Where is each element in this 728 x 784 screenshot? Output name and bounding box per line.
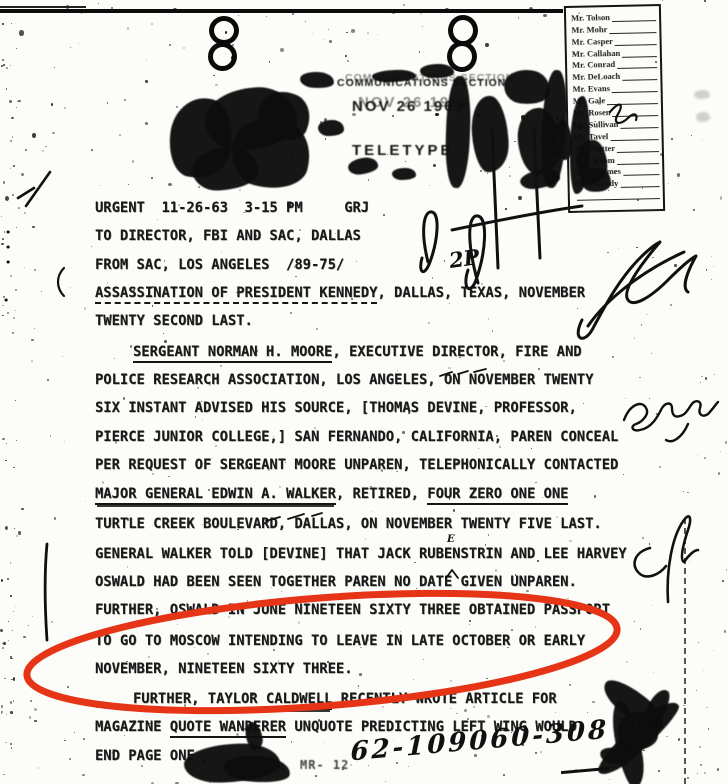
teletype-stamp: TELETYPE xyxy=(352,142,454,159)
routing-rule-line xyxy=(620,178,659,188)
teletype-line: TWENTY SECOND LAST. xyxy=(95,313,253,329)
underlined-text: MAJOR GENERAL EDWIN A. WALKER xyxy=(95,486,336,505)
teletype-line: FURTHER, OSWALD IN JUNE NINETEEN SIXTY T… xyxy=(95,602,610,618)
routing-rule-line xyxy=(617,155,659,165)
text: END PAGE ONE xyxy=(95,748,195,764)
routing-rule-line xyxy=(607,95,658,105)
right-margin-initials xyxy=(635,516,698,602)
handwritten-inserted-letter: E xyxy=(447,534,455,545)
teletype-line: TO DIRECTOR, FBI AND SAC, DALLAS xyxy=(95,228,361,244)
text: GENERAL WALKER TOLD [DEVINE] THAT JACK R… xyxy=(95,546,627,562)
ink-blot xyxy=(469,95,510,173)
margin-pen-line xyxy=(45,544,47,640)
ink-blot xyxy=(318,120,344,136)
teletype-line: POLICE RESEARCH ASSOCIATION, LOS ANGELES… xyxy=(95,372,593,388)
routing-name: Mr. Callahan xyxy=(572,47,621,58)
margin-dots xyxy=(6,232,8,300)
text: , DALLAS, TEXAS, NOVEMBER xyxy=(377,285,585,301)
ink-blot xyxy=(444,76,472,189)
text: , EXECUTIVE DIRECTOR, FIRE AND xyxy=(332,344,581,360)
routing-rule-line xyxy=(622,71,657,81)
text: , RETIRED, xyxy=(336,486,427,502)
underlined-text: SERGEANT NORMAN H. MOORE xyxy=(133,344,332,363)
text: TO GO TO MOSCOW INTENDING TO LEAVE IN LA… xyxy=(95,633,585,649)
routing-rule-line xyxy=(617,60,657,70)
underlined-text: TAYLOR CALDWELL xyxy=(208,691,333,710)
teletype-line: OSWALD HAD BEEN SEEN TOGETHER PAREN NO D… xyxy=(95,574,577,590)
text: MAGAZINE xyxy=(95,719,170,735)
routing-rule-line xyxy=(615,36,657,46)
routing-rule-line xyxy=(610,131,659,141)
ink-blot xyxy=(519,167,562,192)
routing-name: Mr. Casper xyxy=(571,36,612,47)
teletype-line: TO GO TO MOSCOW INTENDING TO LEAVE IN LA… xyxy=(95,633,585,649)
routing-rule-line xyxy=(577,190,660,201)
teletype-line: FURTHER, TAYLOR CALDWELL RECENTLY WROTE … xyxy=(133,691,557,707)
teletype-line: ASSASSINATION OF PRESIDENT KENNEDY, DALL… xyxy=(95,285,585,301)
punch-hole-icon xyxy=(209,16,239,45)
ink-blot xyxy=(392,168,416,180)
right-margin-signature-1 xyxy=(578,242,696,338)
text: NOVEMBER, NINETEEN SIXTY THREE. xyxy=(95,661,353,677)
text: SIX INSTANT ADVISED HIS SOURCE, [THOMAS … xyxy=(95,400,577,416)
underlined-text: ASSASSINATION OF PRESIDENT KENNEDY xyxy=(95,285,377,304)
teletype-line: GENERAL WALKER TOLD [DEVINE] THAT JACK R… xyxy=(95,546,627,562)
teletype-line: PER REQUEST OF SERGEANT MOORE UNPAREN, T… xyxy=(95,457,618,473)
routing-rule-line xyxy=(620,119,658,129)
routing-rule-line xyxy=(612,83,658,93)
text: TO DIRECTOR, FBI AND SAC, DALLAS xyxy=(95,228,361,244)
check-mark xyxy=(18,172,50,206)
teletype-line: NOVEMBER, NINETEEN SIXTY THREE. xyxy=(95,661,353,677)
routing-name: Mr. Tolson xyxy=(571,12,610,23)
routing-rule-line xyxy=(623,167,660,177)
routing-row xyxy=(575,199,660,213)
punch-hole-icon xyxy=(208,42,237,71)
routing-rule-line xyxy=(612,107,658,117)
routing-rule-line xyxy=(609,24,656,34)
teletype-line: PIERCE JUNIOR COLLEGE,] SAN FERNANDO, CA… xyxy=(95,429,618,445)
routing-name: Mr. Mohr xyxy=(571,24,607,35)
ink-blot xyxy=(299,71,334,89)
teletype-line: SERGEANT NORMAN H. MOORE, EXECUTIVE DIRE… xyxy=(133,344,582,360)
handwritten-page-count: 2P xyxy=(447,244,481,273)
text: PER REQUEST OF SERGEANT MOORE UNPAREN, T… xyxy=(95,457,618,473)
text: TWENTY SECOND LAST. xyxy=(95,313,253,329)
text: PIERCE JUNIOR COLLEGE,] SAN FERNANDO, CA… xyxy=(95,429,618,445)
text: URGENT 11-26-63 3-15 PM GRJ xyxy=(95,200,369,216)
margin-dashed-line xyxy=(684,518,686,784)
routing-name: Mr. DeLoach xyxy=(572,71,620,82)
text: TURTLE CREEK BOULEVARD, DALLAS, ON NOVEM… xyxy=(95,516,602,532)
text: POLICE RESEARCH ASSOCIATION, LOS ANGELES… xyxy=(95,372,593,388)
teletype-line: END PAGE ONE xyxy=(95,748,195,764)
routing-row: Mr. Tolson xyxy=(571,9,656,23)
teletype-line: TURTLE CREEK BOULEVARD, DALLAS, ON NOVEM… xyxy=(95,516,602,532)
routing-row: Mr. Casper xyxy=(571,33,656,47)
text: FROM SAC, LOS ANGELES /89-75/ xyxy=(95,257,344,273)
underlined-text: QUOTE WANDERER xyxy=(170,719,286,738)
communications-section-stamp: COMMUNICATIONS SECTION xyxy=(337,77,506,89)
routing-row: Mr. Conrad xyxy=(572,57,657,71)
teletype-line: MAJOR GENERAL EDWIN A. WALKER, RETIRED, … xyxy=(95,486,568,502)
pen-paren xyxy=(58,268,64,296)
routing-name: Mr. Conrad xyxy=(572,59,615,70)
gray-smudge xyxy=(696,112,710,122)
teletype-line: URGENT 11-26-63 3-15 PM GRJ xyxy=(95,200,369,216)
routing-name: Mr. Evans xyxy=(572,83,610,94)
ink-blot xyxy=(420,64,454,78)
text: OSWALD HAD BEEN SEEN TOGETHER PAREN NO D… xyxy=(95,574,577,590)
routing-row: Mr. Evans xyxy=(572,80,657,94)
gray-smudge xyxy=(694,90,710,99)
right-margin-signature-2 xyxy=(624,401,718,441)
text: RECENTLY WROTE ARTICLE FOR xyxy=(332,691,556,707)
routing-rule-line xyxy=(577,202,660,213)
routing-rule-line xyxy=(617,143,659,153)
routing-row: Mr. Mohr xyxy=(571,21,656,35)
routing-row: Mr. DeLoach xyxy=(572,69,657,83)
scanned-document-page: COMMUNICATIONS SECTION COMMUNICATIONS SE… xyxy=(0,0,728,784)
text: FURTHER, xyxy=(133,691,208,707)
teletype-number-mark: MR- 12 xyxy=(300,758,349,772)
teletype-line: FROM SAC, LOS ANGELES /89-75/ xyxy=(95,257,344,273)
text: FURTHER, OSWALD IN JUNE NINETEEN SIXTY T… xyxy=(95,602,610,618)
routing-row: Mr. Callahan xyxy=(572,45,657,59)
teletype-line: SIX INSTANT ADVISED HIS SOURCE, [THOMAS … xyxy=(95,400,577,416)
routing-rule-line xyxy=(612,12,656,22)
underlined-text: FOUR ZERO ONE ONE xyxy=(427,486,568,505)
scan-edge-line xyxy=(0,9,563,13)
routing-rule-line xyxy=(622,48,657,58)
scan-edge-line-thin xyxy=(0,6,86,8)
